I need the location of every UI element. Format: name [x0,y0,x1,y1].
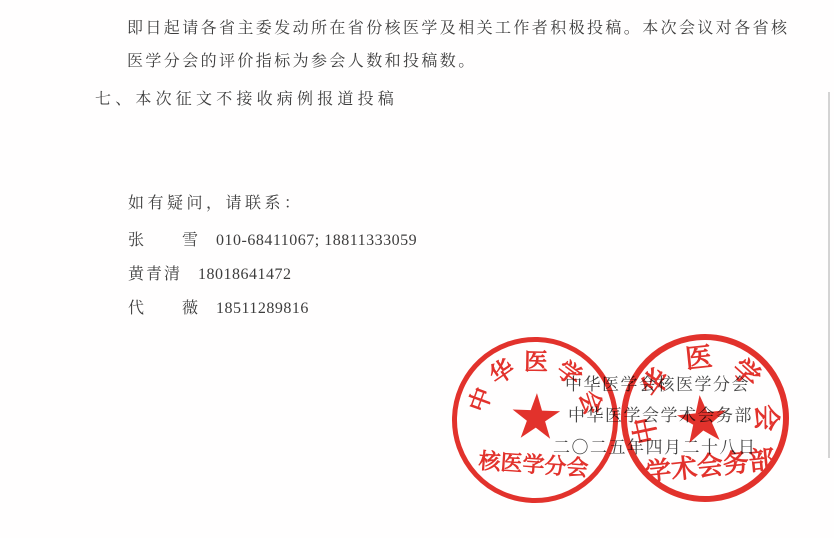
contact-name: 代 薇 [128,300,200,317]
paragraph-line-2: 医学分会的评价指标为参会人数和投稿数。 [127,51,477,73]
contact-heading: 如有疑问，请联系： [128,193,304,215]
contact-phone: 18511289816 [216,300,309,317]
contact-row: 黄青清 18018641472 [128,261,292,284]
contact-name: 张 雪 [128,232,200,249]
official-seal-academic-affairs-dept: 中华医学会 ★ 学术会务部 [613,326,798,511]
contact-name: 黄青清 [128,266,182,283]
star-icon: ★ [507,385,565,449]
contact-phone: 010-68411067; 18811333059 [216,232,417,249]
list-item-seven: 七、本次征文不接收病例报道投稿 [95,89,398,111]
contact-phone: 18018641472 [198,266,292,283]
scanned-notice-page: 即日起请各省主委发动所在省份核医学及相关工作者积极投稿。本次会议对各省核 医学分… [0,0,834,538]
contact-row: 张 雪 010-68411067; 18811333059 [128,227,417,250]
paragraph-line-1: 即日起请各省主委发动所在省份核医学及相关工作者积极投稿。本次会议对各省核 [127,18,789,40]
page-edge-line [828,92,830,458]
star-icon: ★ [670,385,734,455]
contact-row: 代 薇 18511289816 [128,295,309,318]
official-seal-nuclear-medicine-branch: 中华医学会 ★ 核医学分会 [449,334,621,506]
